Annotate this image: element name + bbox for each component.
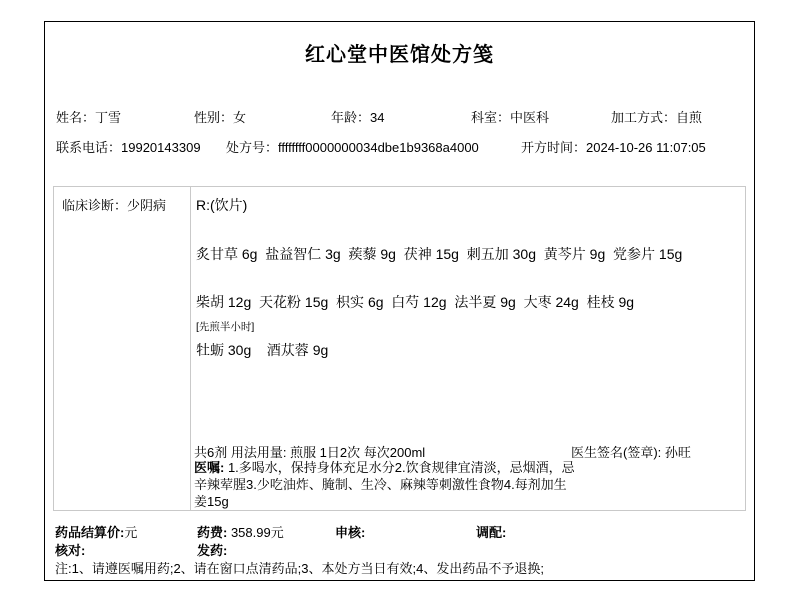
review-label: 申核: (335, 525, 365, 540)
department-field: 科室：中医科 (471, 107, 549, 126)
dispense-field: 发药: (197, 540, 227, 559)
issue-time-value: 2024-10-26 11:07:05 (586, 140, 706, 155)
medical-advice-text: 1.多喝水，保持身体充足水分2.饮食规律宜清淡，忌烟酒，忌辛辣荤腥3.少吃油炸、… (194, 460, 575, 509)
medicine-fee-label: 药费: (197, 525, 227, 540)
patient-name-field: 姓名：丁雪 (56, 107, 121, 126)
medical-advice-label: 医嘱: (194, 460, 224, 475)
contact-phone-label: 联系电话： (56, 140, 121, 155)
dispense-label: 发药: (197, 543, 227, 558)
patient-name-value: 丁雪 (95, 110, 121, 125)
settlement-price-field: 药品结算价:元 (55, 522, 137, 541)
clinical-diagnosis-label: 临床诊断： (62, 198, 127, 213)
rx-cell: R:(饮片) 炙甘草 6g 盐益智仁 3g 蒺藜 9g 茯神 15g 刺五加 3… (191, 187, 745, 510)
settlement-price-value: 元 (124, 525, 137, 540)
medicine-fee-value: 358.99元 (227, 525, 283, 540)
page-title: 红心堂中医馆处方笺 (45, 38, 754, 67)
processing-method-label: 加工方式： (611, 110, 676, 125)
check-field: 核对: (55, 540, 85, 559)
medicine-fee-field: 药费: 358.99元 (197, 522, 284, 541)
deploy-field: 调配: (476, 522, 506, 541)
prescription-number-field: 处方号：ffffffff0000000034dbe1b9368a4000 (226, 137, 479, 156)
issue-time-label: 开方时间： (521, 140, 586, 155)
settlement-price-label: 药品结算价: (55, 525, 124, 540)
patient-gender-field: 性别：女 (194, 107, 246, 126)
patient-gender-label: 性别： (194, 110, 233, 125)
rx-header: R:(饮片) (196, 195, 247, 215)
patient-name-label: 姓名： (56, 110, 95, 125)
processing-method-value: 自煎 (676, 110, 702, 125)
decoction-note: [先煎半小时] (196, 319, 254, 334)
prescription-body: 临床诊断：少阴病 R:(饮片) 炙甘草 6g 盐益智仁 3g 蒺藜 9g 茯神 … (53, 186, 746, 511)
deploy-label: 调配: (476, 525, 506, 540)
herb-line: 柴胡 12g 天花粉 15g 枳实 6g 白芍 12g 法半夏 9g 大枣 24… (196, 292, 634, 312)
herb-line: 牡蛎 30g 酒苁蓉 9g (196, 340, 328, 360)
prescription-sheet: 红心堂中医馆处方笺 姓名：丁雪 性别：女 年龄：34 科室：中医科 加工方式：自… (44, 21, 755, 581)
patient-age-label: 年龄： (331, 110, 370, 125)
processing-method-field: 加工方式：自煎 (611, 107, 702, 126)
prescription-number-label: 处方号： (226, 140, 278, 155)
doctor-signature-value: 孙旺 (665, 445, 691, 460)
department-label: 科室： (471, 110, 510, 125)
patient-age-field: 年龄：34 (331, 107, 384, 126)
footer-note: 注:1、请遵医嘱用药;2、请在窗口点清药品;3、本处方当日有效;4、发出药品不予… (55, 558, 544, 577)
herb-line: 炙甘草 6g 盐益智仁 3g 蒺藜 9g 茯神 15g 刺五加 30g 黄芩片 … (196, 244, 682, 264)
doctor-signature-field: 医生签名(签章): 孙旺 (571, 442, 691, 461)
clinical-diagnosis-cell: 临床诊断：少阴病 (54, 187, 191, 510)
medical-advice: 医嘱: 1.多喝水，保持身体充足水分2.饮食规律宜清淡，忌烟酒，忌辛辣荤腥3.少… (194, 459, 576, 510)
review-field: 申核: (335, 522, 365, 541)
issue-time-field: 开方时间：2024-10-26 11:07:05 (521, 137, 706, 156)
contact-phone-field: 联系电话：19920143309 (56, 137, 201, 156)
patient-age-value: 34 (370, 110, 384, 125)
check-label: 核对: (55, 543, 85, 558)
doctor-signature-label: 医生签名(签章): (571, 445, 665, 460)
prescription-number-value: ffffffff0000000034dbe1b9368a4000 (278, 140, 479, 155)
patient-gender-value: 女 (233, 110, 246, 125)
clinical-diagnosis-value: 少阴病 (127, 198, 166, 213)
department-value: 中医科 (510, 110, 549, 125)
contact-phone-value: 19920143309 (121, 140, 201, 155)
